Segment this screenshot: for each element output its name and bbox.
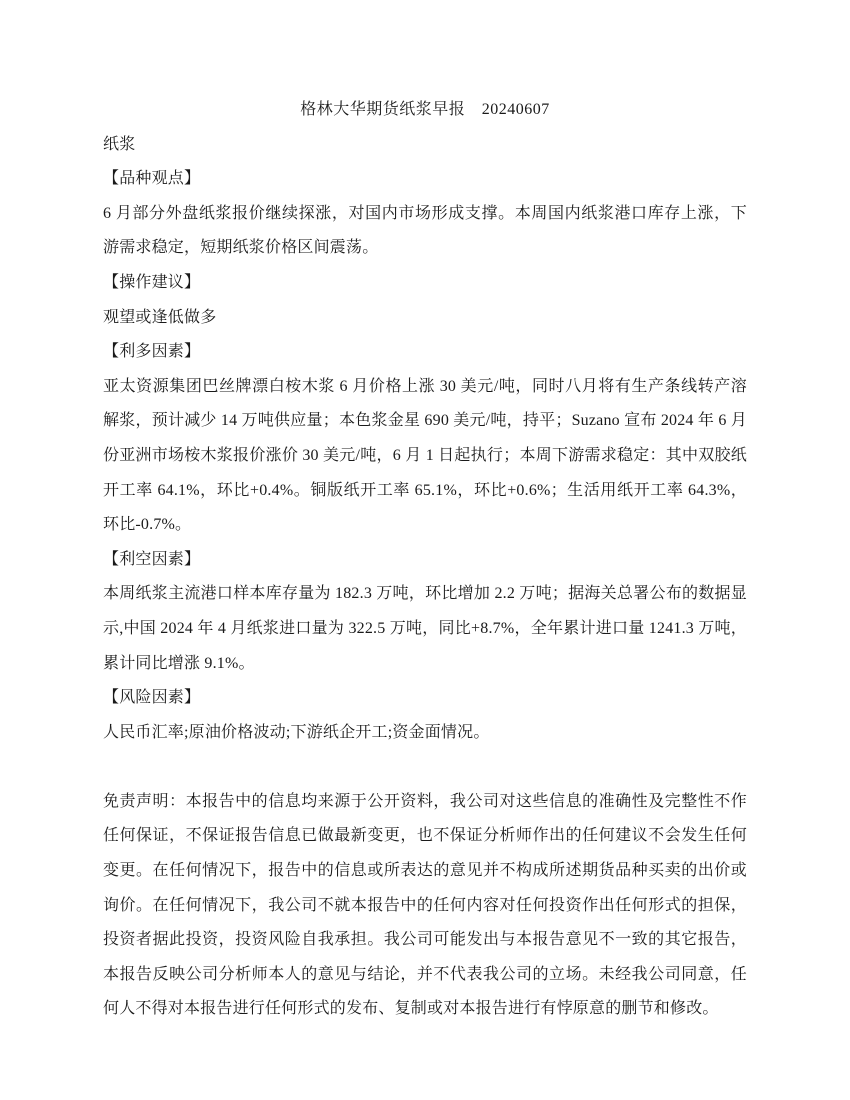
section-advice-heading: 【操作建议】 [103, 266, 747, 301]
report-document: 格林大华期货纸浆早报 20240607 纸浆 【品种观点】 6 月部分外盘纸浆报… [0, 0, 850, 1027]
section-advice-body: 观望或逢低做多 [103, 301, 747, 336]
section-viewpoint-heading: 【品种观点】 [103, 162, 747, 197]
section-bullish-body: 亚太资源集团巴丝牌漂白桉木浆 6 月价格上涨 30 美元/吨，同时八月将有生产条… [103, 370, 747, 543]
page: 格林大华期货纸浆早报 20240607 纸浆 【品种观点】 6 月部分外盘纸浆报… [0, 0, 850, 1100]
section-advice: 【操作建议】 观望或逢低做多 [103, 266, 747, 335]
section-bearish-factors: 【利空因素】 本周纸浆主流港口样本库存量为 182.3 万吨，环比增加 2.2 … [103, 543, 747, 681]
disclaimer: 免责声明：本报告中的信息均来源于公开资料，我公司对这些信息的准确性及完整性不作任… [103, 785, 747, 1027]
report-title: 格林大华期货纸浆早报 20240607 [103, 93, 747, 128]
product-name: 纸浆 [103, 128, 747, 163]
section-bearish-heading: 【利空因素】 [103, 543, 747, 578]
section-viewpoint-body: 6 月部分外盘纸浆报价继续探涨，对国内市场形成支撑。本周国内纸浆港口库存上涨，下… [103, 197, 747, 266]
section-risk-heading: 【风险因素】 [103, 681, 747, 716]
section-risk-factors: 【风险因素】 人民币汇率;原油价格波动;下游纸企开工;资金面情况。 [103, 681, 747, 750]
section-bullish-heading: 【利多因素】 [103, 335, 747, 370]
section-bullish-factors: 【利多因素】 亚太资源集团巴丝牌漂白桉木浆 6 月价格上涨 30 美元/吨，同时… [103, 335, 747, 543]
section-viewpoint: 【品种观点】 6 月部分外盘纸浆报价继续探涨，对国内市场形成支撑。本周国内纸浆港… [103, 162, 747, 266]
section-bearish-body: 本周纸浆主流港口样本库存量为 182.3 万吨，环比增加 2.2 万吨；据海关总… [103, 577, 747, 681]
section-risk-body: 人民币汇率;原油价格波动;下游纸企开工;资金面情况。 [103, 716, 747, 751]
